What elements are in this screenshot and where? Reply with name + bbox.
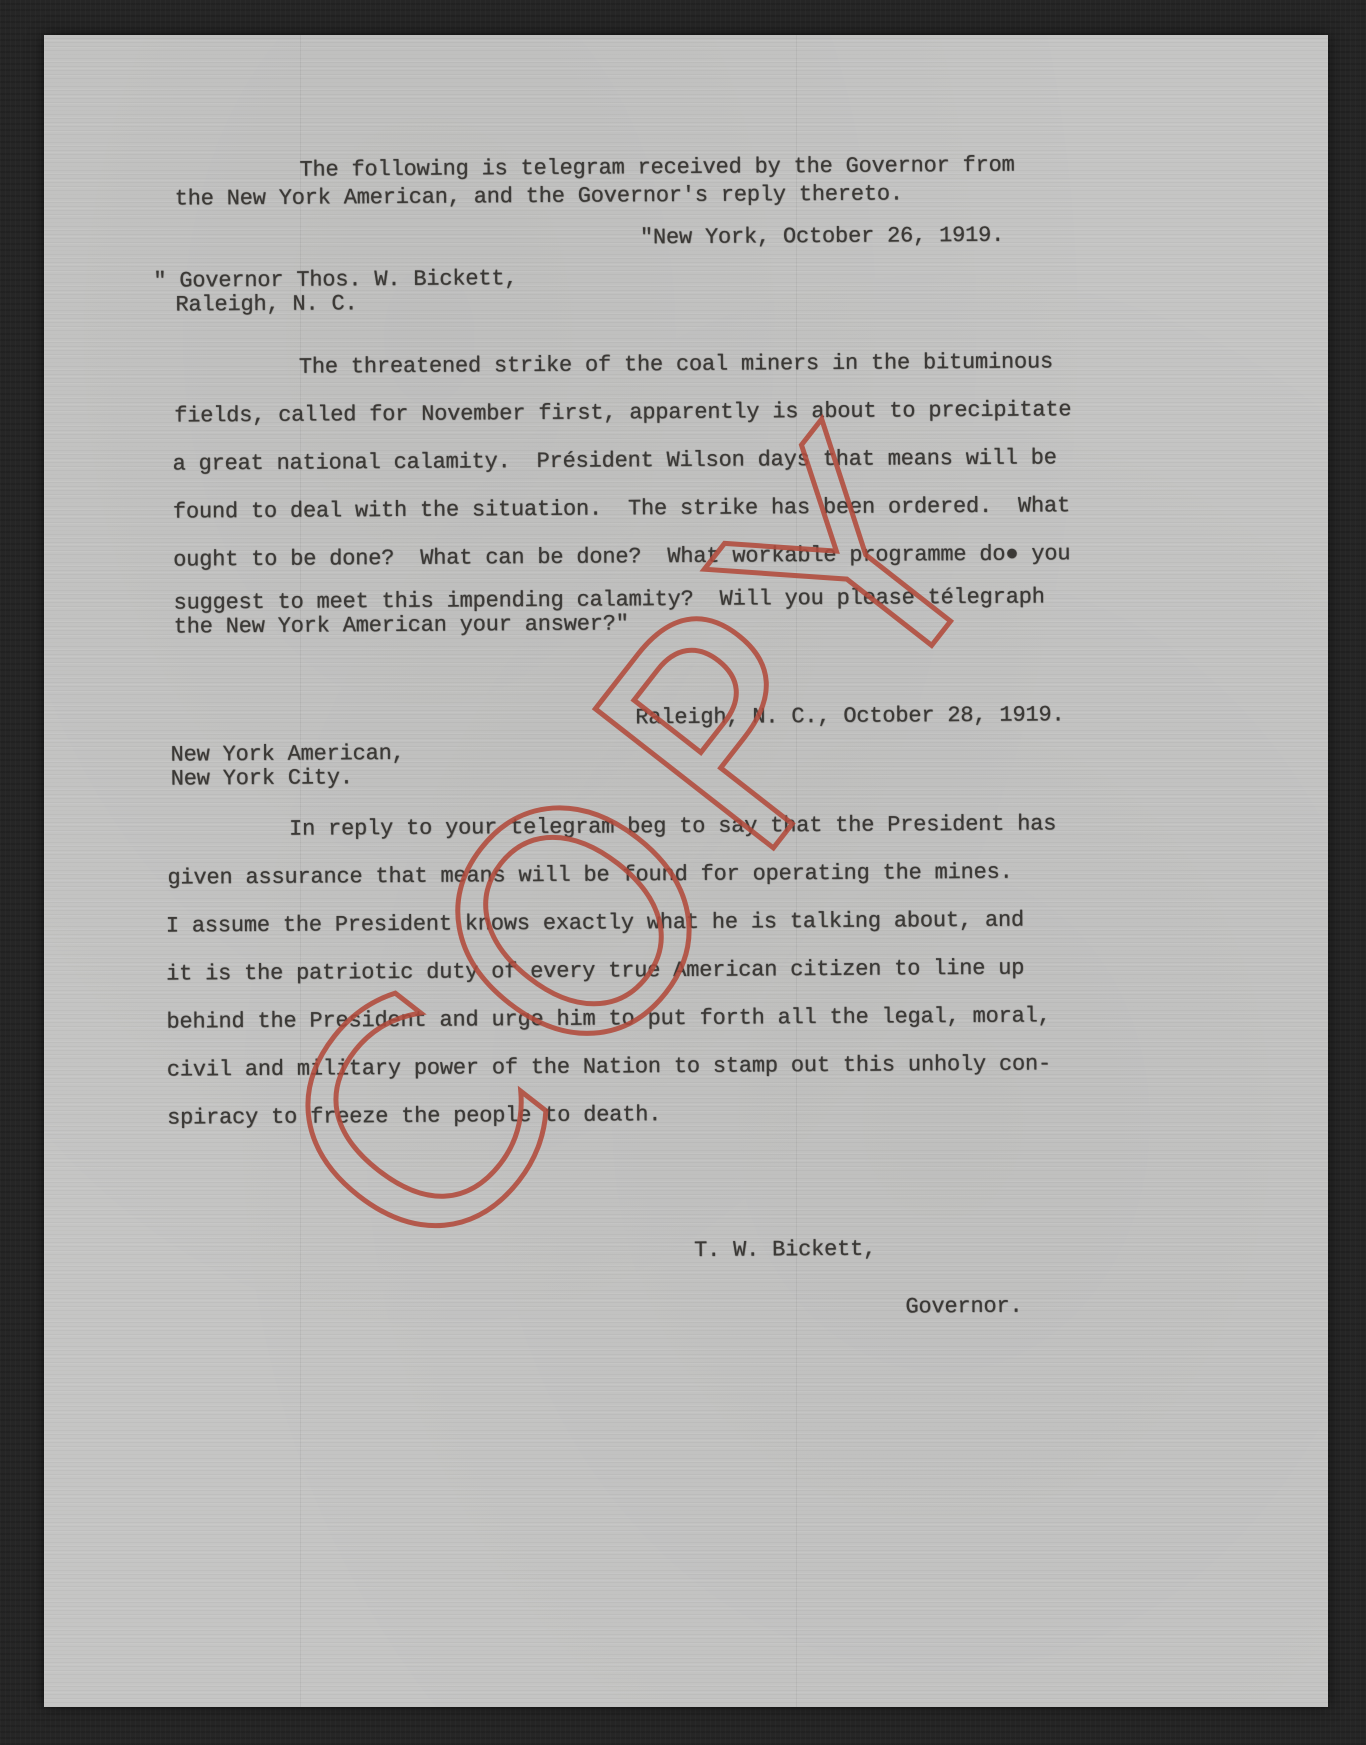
intro-line-2: the New York American, and the Governor'… bbox=[175, 181, 903, 212]
incoming-body-line: The threatened strike of the coal miners… bbox=[299, 349, 1053, 380]
reply-body-line: behind the President and urge him to put… bbox=[166, 1003, 1050, 1035]
intro-line-1: The following is telegram received by th… bbox=[299, 153, 1014, 184]
signature-name: T. W. Bickett, bbox=[694, 1237, 876, 1264]
incoming-body-line: fields, called for November first, appar… bbox=[174, 397, 1071, 429]
reply-body-line: I assume the President knows exactly wha… bbox=[166, 908, 1024, 940]
typewritten-text-layer: The following is telegram received by th… bbox=[38, 31, 1334, 1712]
incoming-body-line: the New York American your answer?" bbox=[174, 611, 629, 640]
reply-body-line: spiracy to freeze the people to death. bbox=[167, 1102, 661, 1131]
reply-body-line: given assurance that means will be found… bbox=[167, 860, 1012, 892]
paper-sheet: The following is telegram received by th… bbox=[44, 35, 1328, 1707]
incoming-body-line: a great national calamity. Président Wil… bbox=[172, 445, 1056, 477]
reply-body-line: civil and military power of the Nation t… bbox=[167, 1051, 1051, 1083]
incoming-body-line: ought to be done? What can be done? What… bbox=[173, 541, 1070, 573]
reply-address-line-2: New York City. bbox=[171, 765, 353, 792]
signature-title: Governor. bbox=[905, 1294, 1022, 1321]
reply-address-line-1: New York American, bbox=[171, 741, 405, 769]
incoming-dateline: "New York, October 26, 1919. bbox=[640, 223, 1004, 252]
incoming-address-line-1: " Governor Thos. W. Bickett, bbox=[153, 266, 517, 295]
scanned-document-page: { "document": { "intro": [ "The followin… bbox=[0, 0, 1366, 1745]
reply-body-line: In reply to your telegram beg to say tha… bbox=[289, 811, 1056, 842]
reply-dateline: Raleigh, N. C., October 28, 1919. bbox=[635, 702, 1064, 731]
reply-body-line: it is the patriotic duty of every true A… bbox=[166, 956, 1024, 988]
incoming-body-line: found to deal with the situation. The st… bbox=[173, 493, 1070, 525]
incoming-address-line-2: Raleigh, N. C. bbox=[175, 291, 357, 318]
